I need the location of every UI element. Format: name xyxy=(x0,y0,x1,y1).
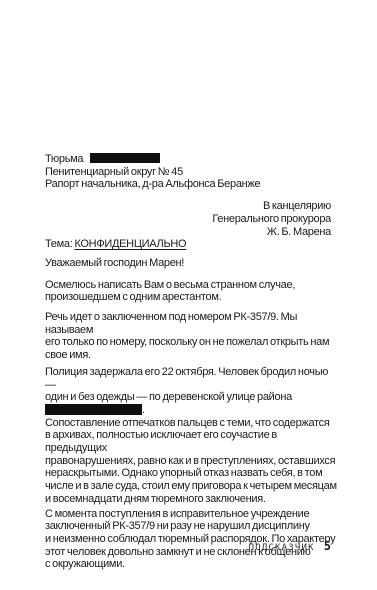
paragraph-3-text: Полиция задержала его 22 октября. Челове… xyxy=(45,366,328,403)
prison-label: Тюрьма xyxy=(45,153,83,165)
salutation: Уважаемый господин Марен! xyxy=(45,257,337,270)
recipient-block: В канцеляриюГенерального прокурораЖ. Б. … xyxy=(45,200,331,238)
redaction-bar-prison-name xyxy=(90,153,160,163)
letter-document: Тюрьма Пенитенциарный округ № 45 Рапорт … xyxy=(45,153,337,571)
header-district-line: Пенитенциарный округ № 45 xyxy=(45,166,337,179)
subject-value: КОНФИДЕНЦИАЛЬНО xyxy=(74,238,186,250)
redaction-bar-district-name xyxy=(45,404,142,415)
subject-label: Тема: xyxy=(45,238,72,250)
subject-line: Тема: КОНФИДЕНЦИАЛЬНО xyxy=(45,238,337,251)
paragraph-1: Осмелюсь написать Вам о весьма странном … xyxy=(45,279,337,304)
paragraph-3-period: . xyxy=(142,404,145,416)
paragraph-3: Полиция задержала его 22 октября. Челове… xyxy=(45,366,337,417)
header-prison-line: Тюрьма xyxy=(45,153,337,166)
footer-book-title: ПОДСКАЗЧИК xyxy=(249,543,315,553)
book-page: Тюрьма Пенитенциарный округ № 45 Рапорт … xyxy=(0,0,377,590)
footer-page-number: 5 xyxy=(324,539,331,553)
letter-header: Тюрьма Пенитенциарный округ № 45 Рапорт … xyxy=(45,153,337,191)
paragraph-4: Сопоставление отпечатков пальцев с теми,… xyxy=(45,417,337,506)
paragraph-2: Речь идет о заключенном под номером РК-3… xyxy=(45,311,337,362)
header-report-line: Рапорт начальника, д-ра Альфонса Беранже xyxy=(45,178,337,191)
page-footer: ПОДСКАЗЧИК 5 xyxy=(249,539,331,553)
